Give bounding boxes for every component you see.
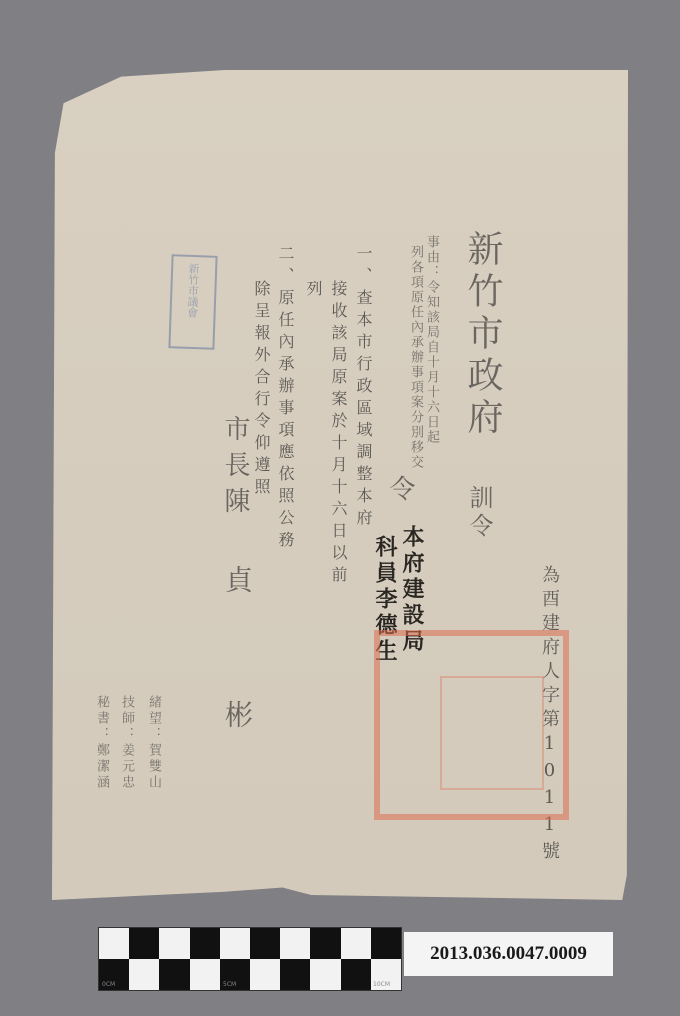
red-seal: [374, 630, 569, 820]
staff-column-3: 秘書：鄭潔涵: [92, 695, 111, 791]
scale-label-0: 0CM: [102, 981, 115, 988]
item-1-line-2: 接收該局原案於十月十六日以前: [327, 280, 350, 588]
item-1-line-3: 列: [302, 280, 325, 300]
accession-number: 2013.036.0047.0009: [404, 932, 613, 976]
color-scale-bar: 0CM 5CM 10CM: [98, 927, 402, 991]
document-title: 新竹市政府: [457, 230, 508, 440]
blue-stamp-text: 新竹市議會: [183, 263, 201, 319]
subject-line-2: 列各項原任內承辦事項案分別移交: [406, 245, 425, 470]
scale-label-5: 5CM: [223, 981, 236, 988]
item-2-line-1: 二、原任內承辦事項應依照公務: [274, 245, 297, 553]
document-paper: 新竹市政府 訓令 為酉建府人字第1011號 事由：令知該局自十月十六日起 列各項…: [52, 70, 628, 900]
order-char: 令: [382, 475, 419, 505]
mayor-name-char-1: 貞: [217, 565, 257, 597]
staff-column-2: 技師：姜元忠: [117, 695, 136, 791]
staff-column-1: 緒望：賀雙山: [144, 695, 163, 791]
mayor-title: 市長陳: [217, 415, 254, 523]
item-1-line-1: 一、查本市行政區域調整本府: [352, 245, 375, 531]
mayor-name-char-2: 彬: [217, 700, 257, 732]
scale-label-10: 10CM: [373, 981, 390, 988]
blue-stamp: 新竹市議會: [168, 254, 217, 350]
document-type: 訓令: [462, 485, 497, 541]
